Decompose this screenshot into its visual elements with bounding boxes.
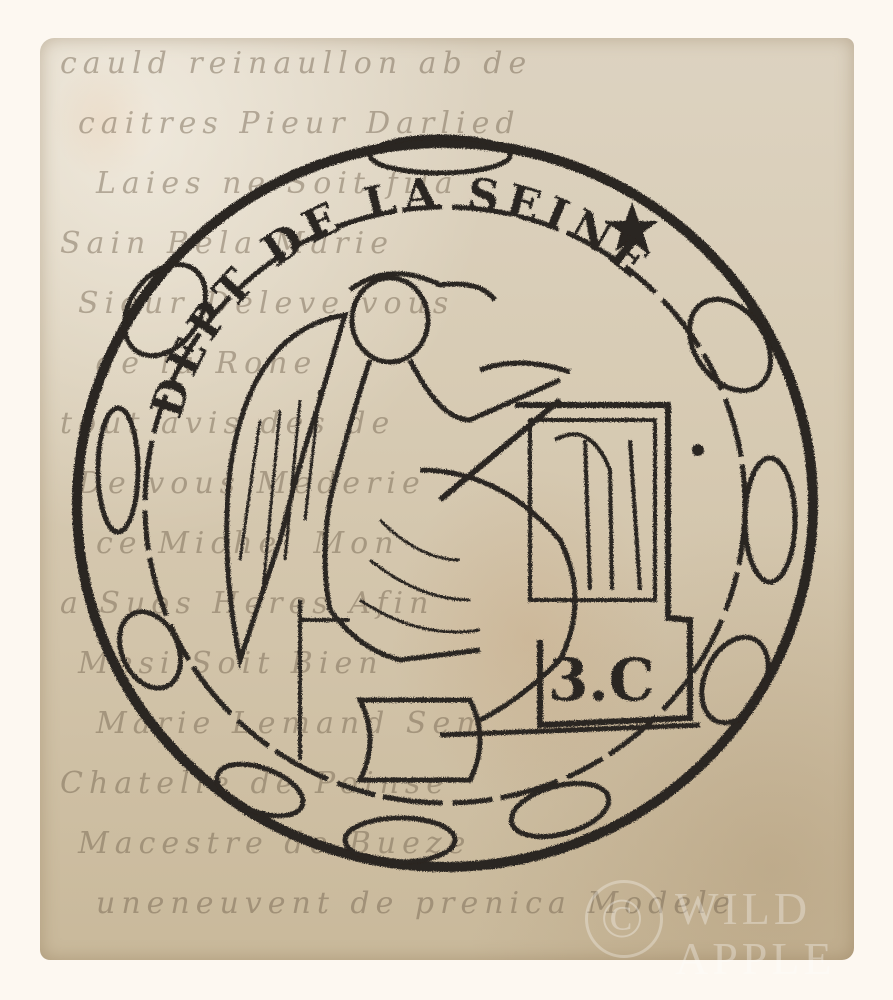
angel-figure <box>227 274 575 780</box>
svg-text:DEPT DE LA SEINE: DEPT DE LA SEINE <box>141 168 662 424</box>
border-ornaments <box>98 137 795 862</box>
stamp-inscription: DEPT DE LA SEINE <box>141 168 662 424</box>
dot-ornament <box>692 444 704 456</box>
stamp-outer-ring <box>77 143 813 867</box>
stamp-value-label: 3.C <box>548 646 655 714</box>
stamp-seal: DEPT DE LA SEINE 3.C <box>0 0 893 1000</box>
